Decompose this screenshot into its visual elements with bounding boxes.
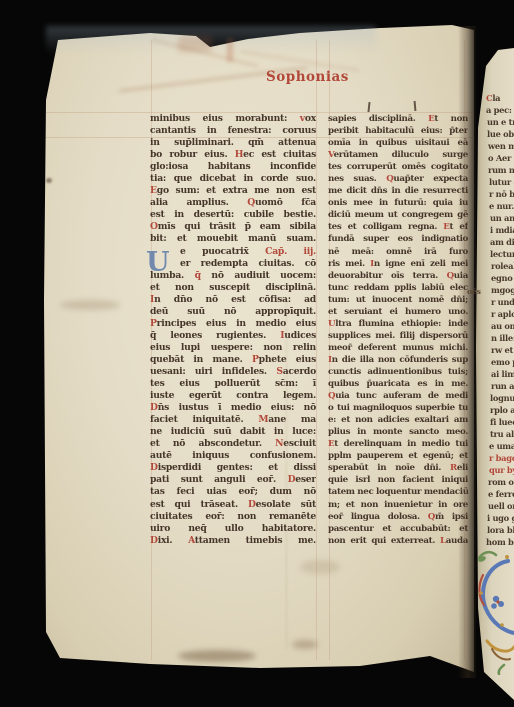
text-line: Quia tunc auferam de medi	[328, 390, 468, 402]
text-line: e puocatrix̄ Cap̄. iij.	[150, 246, 316, 258]
gutter-shadow	[458, 26, 476, 678]
text-line: me dicit dn̄s in die resurrecti	[328, 185, 468, 197]
text-line: iuste egerūt contra legem.	[150, 390, 316, 402]
text-line: run abd	[474, 380, 514, 392]
text-line: wen mi; o	[474, 140, 514, 152]
ink-stain	[178, 650, 256, 662]
text-line: emo pop	[474, 356, 514, 368]
text-line: tes corruperūt omēs cogitato	[328, 161, 468, 173]
text-line: i ugo gel	[474, 512, 514, 524]
text-line: tes et colligam regna. Et ef	[328, 221, 468, 233]
text-line: e ferrom	[474, 488, 514, 500]
text-line: supplices mei. filij dispersorū	[328, 330, 468, 342]
text-line: cunctis adinuentionibus tuis;	[328, 366, 468, 378]
text-line: diciū meum ut congregem gē	[328, 209, 468, 221]
text-line: i mdia	[474, 224, 514, 236]
text-line: autē iniquus confusionem.	[150, 450, 316, 462]
ink-stain	[292, 640, 318, 649]
text-line: m; et non inuenietur in ore	[328, 499, 468, 511]
text-line: quie isrl non facient iniqui	[328, 474, 468, 486]
text-line: Ego sum: et extra me non est	[150, 185, 316, 197]
ink-stain	[60, 300, 120, 310]
text-line: e nur. ad	[474, 200, 514, 212]
text-line: fi lueo u	[474, 416, 514, 428]
running-title: Sophonias	[266, 69, 349, 85]
text-line: eius lupi uespere: non relin	[150, 342, 316, 354]
ink-stain	[46, 178, 52, 183]
text-line: pati sunt anguli eor̄. Deser	[150, 474, 316, 486]
text-line: minibus eius morabunt: vox	[150, 113, 316, 125]
text-line: lutur del	[474, 176, 514, 188]
text-line: ris mei. In igne enī zeli mei	[328, 258, 468, 270]
text-line: r und u	[474, 296, 514, 308]
text-line: Principes eius in medio eius	[150, 318, 316, 330]
text-line: tunc reddam pplis labiū elec	[328, 282, 468, 294]
text-line: non erit qui exterreat. Lauda	[328, 535, 468, 547]
text-line: quibus p̄uaricata es in me.	[328, 378, 468, 390]
text-line: tru alis	[474, 428, 514, 440]
text-line: fundā super eos indignatio	[328, 233, 468, 245]
text-line: qur bytu	[474, 464, 514, 476]
text-line: glo:iosa habitans inconfide	[150, 161, 316, 173]
facing-page-edge: Claa pec: ulun e truiulue obeluwen mi; o…	[474, 48, 514, 700]
text-line: deuorabitur oīs terra. Quia	[328, 270, 468, 282]
text-line: quebāt in mane. Pphete eius	[150, 354, 316, 366]
ink-stain	[300, 560, 340, 574]
text-line: am dicta	[474, 236, 514, 248]
text-line: a pec: ul	[474, 104, 514, 116]
text-line: lora bla	[474, 524, 514, 536]
text-line: r nō bil	[474, 188, 514, 200]
text-line: nē meā: omnē irā furo	[328, 246, 468, 258]
text-line: lognu ab	[474, 392, 514, 404]
text-line: Verūtamen diluculo surge	[328, 149, 468, 161]
text-line: tia: que dicebat in corde suo.	[150, 173, 316, 185]
text-line: lue obelu	[474, 128, 514, 140]
text-line: ciuitates eor̄: non remanēte	[150, 511, 316, 523]
text-line: sapies disciplinā. Et non	[328, 113, 468, 125]
text-line: pplm pauperem et egenū; et	[328, 450, 468, 462]
text-line: lumba. q̄ nō audiuit uocem:	[150, 270, 316, 282]
text-line: In dn̄o nō est cōfisa: ad	[150, 294, 316, 306]
text-line: rom o ho	[474, 476, 514, 488]
text-line: bo robur eius. Hec est ciuitas	[150, 149, 316, 161]
text-line: et nō abscondetur. Nesciuit	[150, 438, 316, 450]
text-line: tum: ut inuocent nomē dn̄i;	[328, 294, 468, 306]
text-line: au oms n	[474, 320, 514, 332]
text-line: bit: et mouebit manū suam.	[150, 233, 316, 245]
text-line: deū suū nō appropīquit.	[150, 306, 316, 318]
text-line: cantantis in fenestra: coruus	[150, 125, 316, 137]
text-line: ai lim f	[474, 368, 514, 380]
illuminated-initial-U: U	[146, 247, 173, 279]
ghost-stain	[178, 36, 212, 52]
text-line: plius in monte sancto meo.	[328, 426, 468, 438]
text-line: n ille: o	[474, 332, 514, 344]
text-line: pascentur et accubabūt: et	[328, 523, 468, 535]
floral-border-decoration	[474, 545, 514, 675]
text-line: In die illa non cōfunderis sup	[328, 354, 468, 366]
text-line: et non suscepit disciplinā.	[150, 282, 316, 294]
text-line: nes suas. Quap̄ter expecta	[328, 173, 468, 185]
text-line: er redempta ciuitas. cō	[150, 258, 316, 270]
text-line: rw et m	[474, 344, 514, 356]
text-line: e uma lo	[474, 440, 514, 452]
text-line: est in desertū: cubile bestie.	[150, 209, 316, 221]
text-line: r aploul	[474, 308, 514, 320]
text-line: tatem nec loquentur mendaciū	[328, 486, 468, 498]
text-line: et seruiant ei humero uno.	[328, 306, 468, 318]
text-line: faciet iniquitatē. Mane ma	[150, 414, 316, 426]
text-line: rum nune	[474, 164, 514, 176]
text-line: tas feci uias eor̄; dum nō	[150, 486, 316, 498]
text-line: o Aer dist	[474, 152, 514, 164]
text-line: omīa in quibus uisitaui eā	[328, 137, 468, 149]
margin-correction-note: oēs	[467, 287, 481, 296]
text-line: peribit habitaculū eius: p̄ter	[328, 125, 468, 137]
text-line: sperabūt in noīe dn̄i. Reli	[328, 462, 468, 474]
text-line: Omīs qui trāsit p̄ eam sibila	[150, 221, 316, 233]
text-line: o tui magniloquos superbie tu	[328, 402, 468, 414]
text-line: tes eius polluerūt sc̄m: ī	[150, 378, 316, 390]
text-line: eor̄ lingua dolosa. Qm̄ ipsi	[328, 511, 468, 523]
text-line: in sup̄liminari. qm̄ attenua	[150, 137, 316, 149]
manuscript-photo: Sophonias minibus eius morabunt: voxcant…	[0, 0, 514, 707]
text-line: meor̄ deferent munus michi.	[328, 342, 468, 354]
text-line: uiro neq̄ ullo habitatore.	[150, 523, 316, 535]
text-column-left: minibus eius morabunt: voxcantantis in f…	[150, 113, 316, 547]
text-line: Disperdidi gentes: et dissi	[150, 462, 316, 474]
text-line: e: et non adicies exaltari am	[328, 414, 468, 426]
text-line: alia amplius. Quomō fc̄a	[150, 197, 316, 209]
text-line: Dn̄s iustus ī medio eius: nō	[150, 402, 316, 414]
text-line: uesani: uiri infideles. Sacerdo	[150, 366, 316, 378]
text-line: Et derelinquam in medio tui	[328, 438, 468, 450]
text-line: lectur n	[474, 248, 514, 260]
facing-page-text: Claa pec: ulun e truiulue obeluwen mi; o…	[474, 92, 514, 548]
text-column-right: sapies disciplinā. Et nonperibit habitac…	[328, 113, 468, 547]
text-line: egno qui	[474, 272, 514, 284]
text-line: rplo am	[474, 404, 514, 416]
text-line: uell orbu	[474, 500, 514, 512]
text-line: Cla	[474, 92, 514, 104]
text-line: un e truiu	[474, 116, 514, 128]
text-line: Dixi. Attamen timebis me.	[150, 535, 316, 547]
text-line: est qui trāseat. Desolate sūt	[150, 499, 316, 511]
ghost-stain	[227, 38, 233, 62]
text-line: rolealor	[474, 260, 514, 272]
text-line: q̄ leones rugientes. Iudices	[150, 330, 316, 342]
text-line: Ultra flumina ethiopie: inde	[328, 318, 468, 330]
text-line: onis mee in futurū: quia iu	[328, 197, 468, 209]
text-line: r bagom	[474, 452, 514, 464]
text-line: ne iudiciū suū dabit in luce:	[150, 426, 316, 438]
text-line: un an tre	[474, 212, 514, 224]
